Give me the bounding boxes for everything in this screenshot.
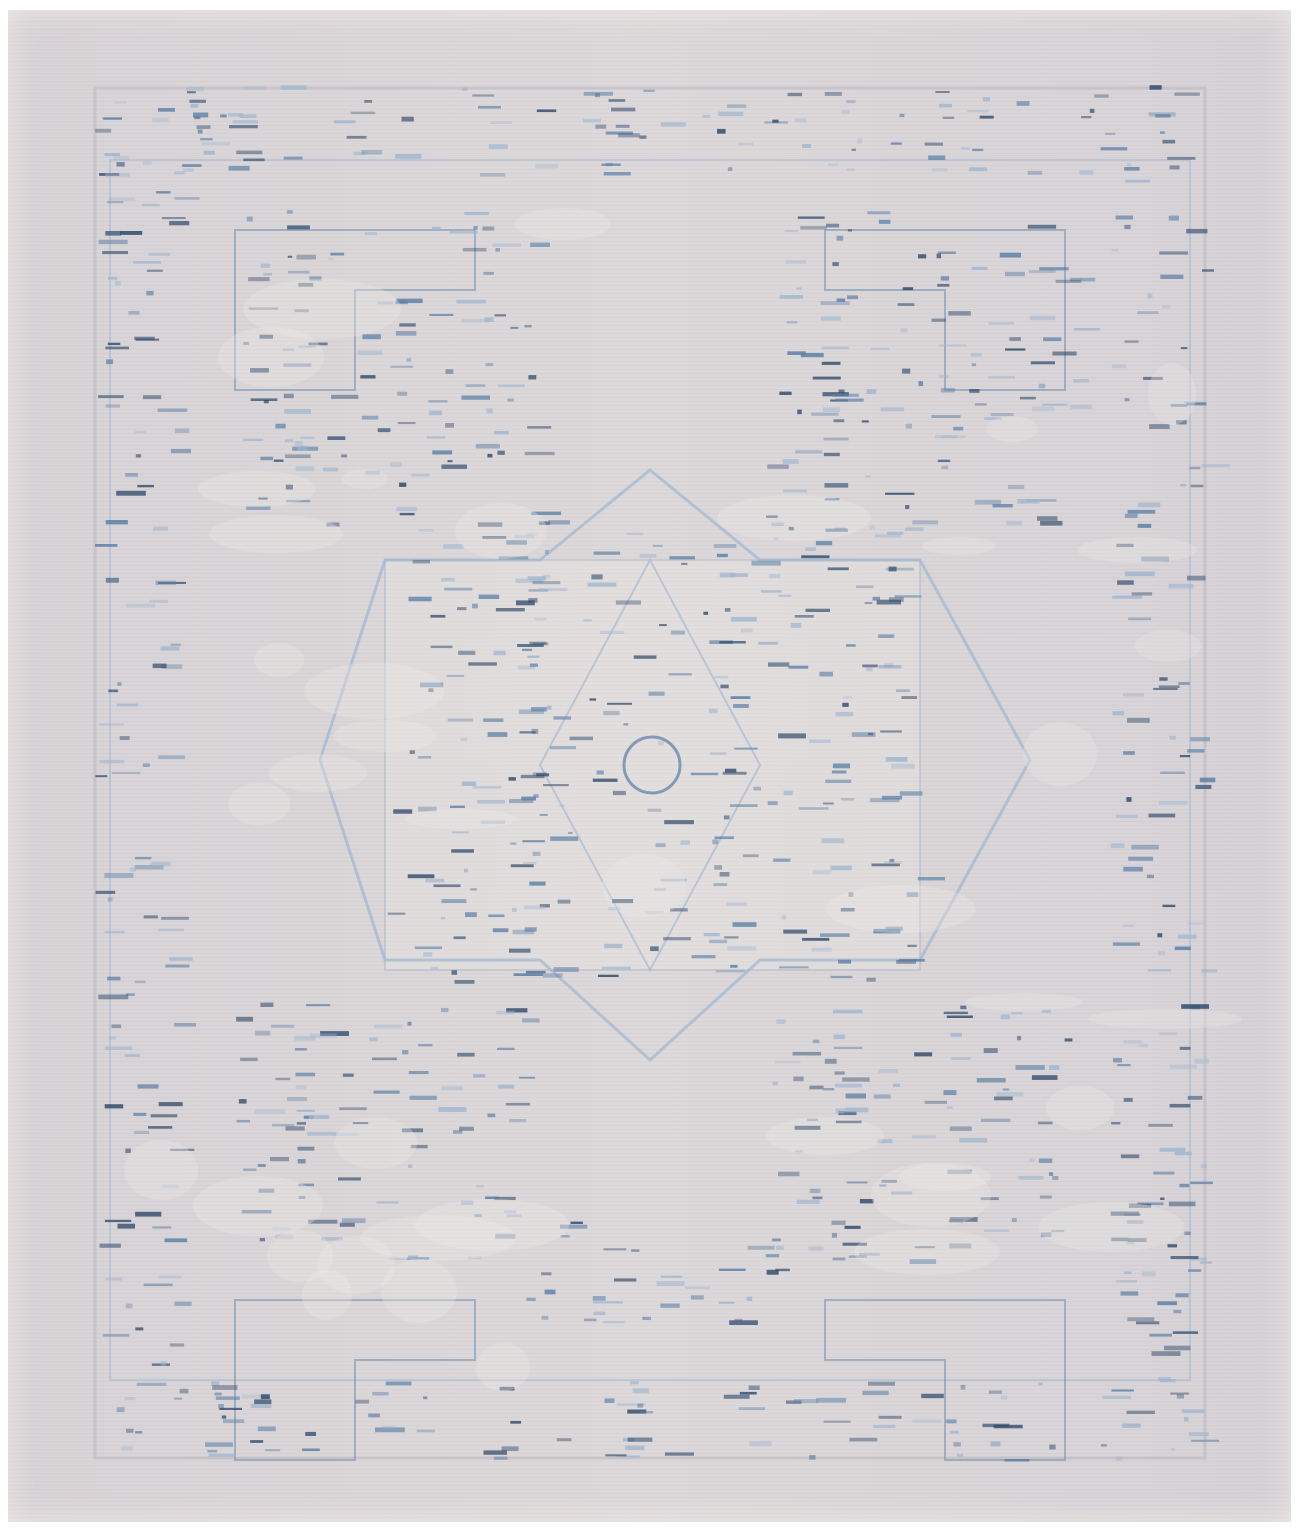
rug-pattern [0, 0, 1299, 1536]
